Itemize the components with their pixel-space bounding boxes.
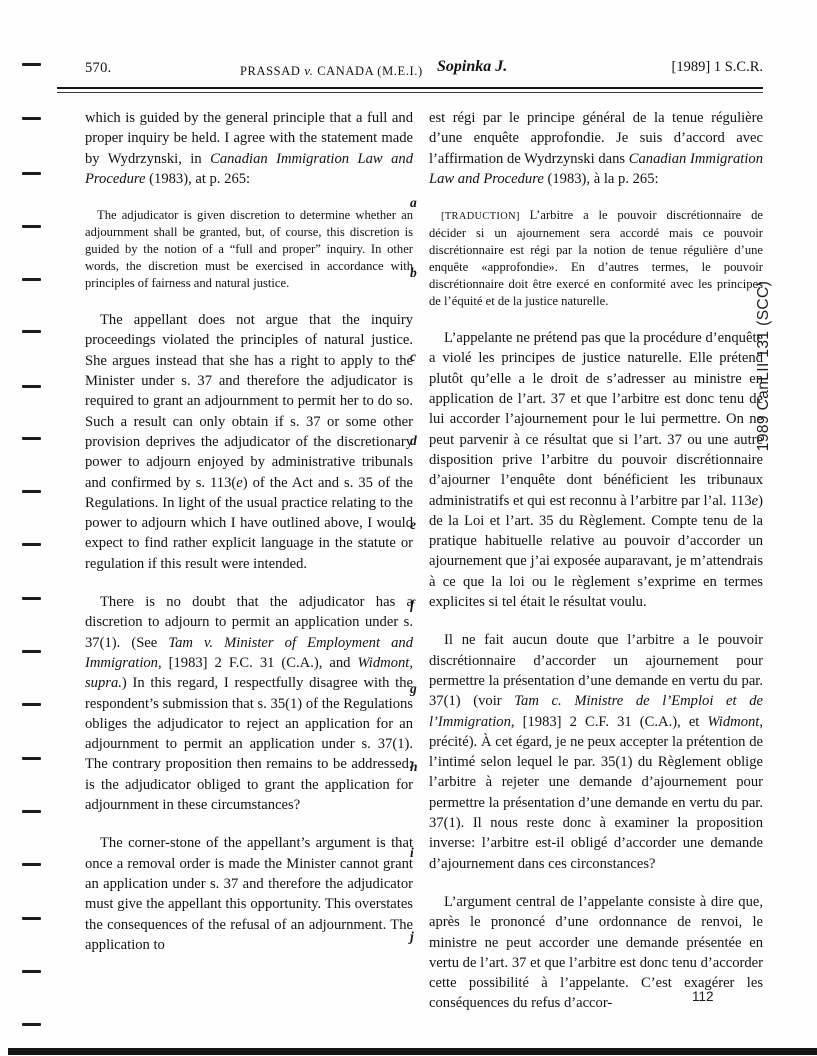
paragraph-english-2: The appellant does not argue that the in… bbox=[85, 310, 413, 574]
blockquote-french: [TRADUCTION] L’arbitre a le pouvoir disc… bbox=[429, 207, 763, 310]
paragraph-english-1: which is guided by the general principle… bbox=[85, 108, 413, 189]
french-column: est régi par le principe général de la t… bbox=[429, 108, 763, 1014]
scan-edge-mark bbox=[22, 543, 41, 546]
scan-edge-mark bbox=[22, 703, 41, 706]
scan-edge-mark bbox=[22, 1023, 41, 1026]
blockquote-english: The adjudicator is given discretion to d… bbox=[85, 207, 413, 292]
scan-edge-mark bbox=[22, 597, 41, 600]
sheet-page-number: 112 bbox=[692, 989, 714, 1004]
margin-letter-e: e bbox=[410, 518, 416, 531]
margin-letter-gutter: a b c d e f g h i j bbox=[413, 108, 429, 1014]
paragraph-french-3: Il ne fait aucun doute que l’arbitre a l… bbox=[429, 630, 763, 874]
scan-edge-mark bbox=[22, 437, 41, 440]
paragraph-french-1: est régi par le principe général de la t… bbox=[429, 108, 763, 189]
scanned-page: 570. PRASSAD v. CANADA (M.E.I.) Sopinka … bbox=[0, 0, 817, 1056]
scan-edge-mark bbox=[22, 757, 41, 760]
paragraph-english-4: The corner-stone of the appellant’s argu… bbox=[85, 833, 413, 955]
margin-letter-f: f bbox=[410, 598, 415, 611]
page-body: which is guided by the general principle… bbox=[85, 108, 763, 1014]
scan-edge-mark bbox=[22, 970, 41, 973]
scan-edge-mark bbox=[22, 117, 41, 120]
margin-letter-h: h bbox=[410, 760, 418, 773]
header-rule bbox=[57, 87, 763, 93]
margin-letter-d: d bbox=[410, 434, 417, 447]
paragraph-english-3: There is no doubt that the adjudicator h… bbox=[85, 592, 413, 815]
scan-edge-mark bbox=[22, 385, 41, 388]
case-name: PRASSAD v. CANADA (M.E.I.) bbox=[240, 63, 423, 79]
scan-edge-mark bbox=[22, 63, 41, 66]
margin-letter-c: c bbox=[410, 350, 416, 363]
scan-edge-mark bbox=[22, 172, 41, 175]
judge-name: Sopinka J. bbox=[437, 58, 507, 76]
scan-edge-mark bbox=[22, 917, 41, 920]
margin-letter-a: a bbox=[410, 196, 417, 209]
scan-edge-mark bbox=[22, 810, 41, 813]
english-column: which is guided by the general principle… bbox=[85, 108, 413, 1014]
margin-letter-j: j bbox=[410, 930, 414, 943]
margin-letter-g: g bbox=[410, 682, 417, 695]
paragraph-french-2: L’appelante ne prétend pas que la procéd… bbox=[429, 328, 763, 612]
scan-edge-mark bbox=[22, 225, 41, 228]
scan-bottom-edge bbox=[8, 1048, 817, 1055]
report-page-number: 570. bbox=[85, 60, 112, 77]
scan-edge-mark bbox=[22, 863, 41, 866]
volume-citation: [1989] 1 S.C.R. bbox=[672, 59, 763, 76]
scan-edge-mark bbox=[22, 278, 41, 281]
scan-edge-mark bbox=[22, 330, 41, 333]
canlii-citation-watermark: 1989 CanLII 131 (SCC) bbox=[755, 281, 773, 451]
margin-letter-i: i bbox=[410, 846, 414, 859]
scan-edge-mark bbox=[22, 490, 41, 493]
scan-edge-mark bbox=[22, 650, 41, 653]
margin-letter-b: b bbox=[410, 266, 417, 279]
page-header: 570. PRASSAD v. CANADA (M.E.I.) Sopinka … bbox=[85, 56, 763, 82]
